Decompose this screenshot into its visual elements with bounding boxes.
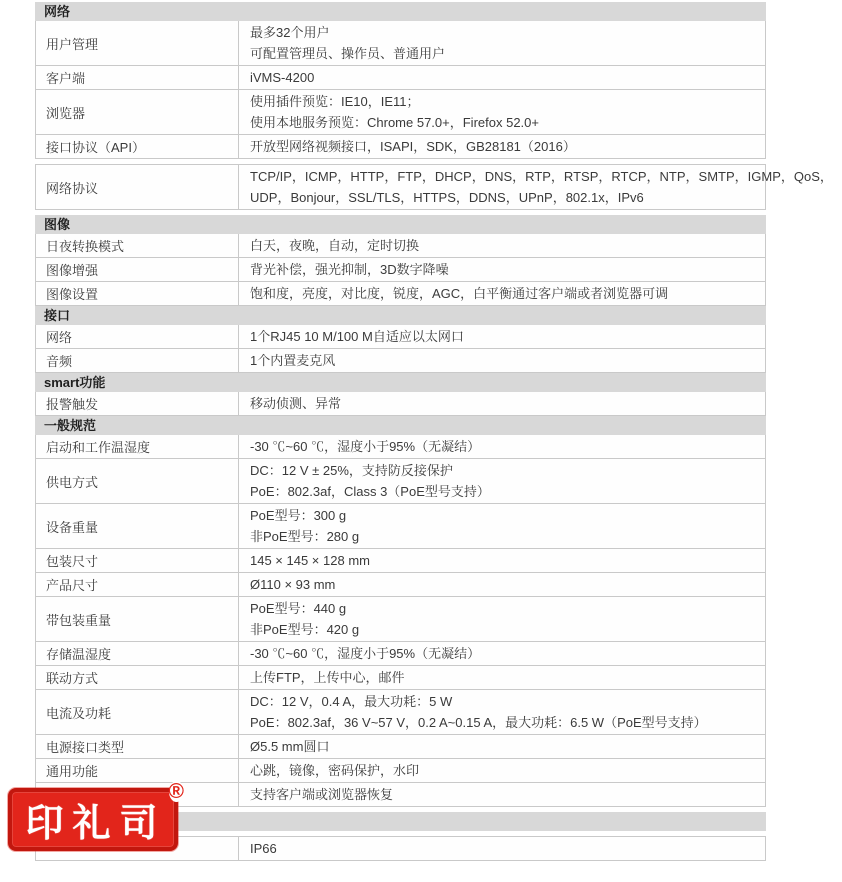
spec-value-line: DC：12 V ± 25%，支持防反接保护 bbox=[250, 460, 754, 481]
section-header-row: 接口 bbox=[35, 306, 766, 325]
spec-label: 通用功能 bbox=[36, 759, 239, 782]
section-header-row: 图像 bbox=[35, 215, 766, 234]
spec-row: 联动方式上传FTP，上传中心，邮件 bbox=[35, 666, 766, 690]
spec-value-line: iVMS-4200 bbox=[250, 67, 754, 88]
spec-value: Ø5.5 mm圆口 bbox=[239, 735, 765, 758]
spec-row: 电源接口类型Ø5.5 mm圆口 bbox=[35, 735, 766, 759]
spec-value-line: -30 ℃~60 ℃，湿度小于95%（无凝结） bbox=[250, 643, 754, 664]
spec-label: 供电方式 bbox=[36, 459, 239, 503]
spec-value-line: 移动侦测、异常 bbox=[250, 393, 754, 414]
spec-value-line: 使用插件预览：IE10，IE11； bbox=[250, 91, 754, 112]
spec-label: 产品尺寸 bbox=[36, 573, 239, 596]
registered-trademark-icon: ® bbox=[169, 781, 184, 802]
spec-value: -30 ℃~60 ℃，湿度小于95%（无凝结） bbox=[239, 642, 765, 665]
section-title: 一般规范 bbox=[44, 418, 96, 433]
spec-label: 报警触发 bbox=[36, 392, 239, 415]
spec-label: 接口协议（API） bbox=[36, 135, 239, 158]
spec-label: 电流及功耗 bbox=[36, 690, 239, 734]
spec-label: 网络 bbox=[36, 325, 239, 348]
spec-row: 日夜转换模式白天，夜晚，自动，定时切换 bbox=[35, 234, 766, 258]
spec-label: 图像增强 bbox=[36, 258, 239, 281]
spec-label: 客户端 bbox=[36, 66, 239, 89]
spec-value: PoE型号：440 g非PoE型号：420 g bbox=[239, 597, 765, 641]
spec-value: 移动侦测、异常 bbox=[239, 392, 765, 415]
spec-value-line: PoE：802.3af，Class 3（PoE型号支持） bbox=[250, 481, 754, 502]
spec-row: 音频1个内置麦克风 bbox=[35, 349, 766, 373]
section-header-row: 网络 bbox=[35, 2, 766, 21]
spec-row: 接口协议（API）开放型网络视频接口，ISAPI，SDK，GB28181（201… bbox=[35, 135, 766, 159]
spec-value-line: 背光补偿，强光抑制，3D数字降噪 bbox=[250, 259, 754, 280]
spec-row: 网络1个RJ45 10 M/100 M自适应以太网口 bbox=[35, 325, 766, 349]
spec-label: 日夜转换模式 bbox=[36, 234, 239, 257]
spec-value-line: PoE：802.3af，36 V~57 V，0.2 A~0.15 A，最大功耗：… bbox=[250, 712, 754, 733]
spec-label: 联动方式 bbox=[36, 666, 239, 689]
spec-value-line: 使用本地服务预览：Chrome 57.0+，Firefox 52.0+ bbox=[250, 112, 754, 133]
spec-label: 浏览器 bbox=[36, 90, 239, 134]
spec-value: 开放型网络视频接口，ISAPI，SDK，GB28181（2016） bbox=[239, 135, 765, 158]
spec-row: 图像增强背光补偿，强光抑制，3D数字降噪 bbox=[35, 258, 766, 282]
spec-value-line: 上传FTP，上传中心，邮件 bbox=[250, 667, 754, 688]
section-header-row: smart功能 bbox=[35, 373, 766, 392]
spec-value-line: 可配置管理员、操作员、普通用户 bbox=[250, 43, 754, 64]
spec-label: 存储温湿度 bbox=[36, 642, 239, 665]
section-title: smart功能 bbox=[44, 375, 105, 390]
section-title: 接口 bbox=[44, 308, 70, 323]
spec-value-line: 支持客户端或浏览器恢复 bbox=[250, 784, 754, 805]
spec-value-line: TCP/IP，ICMP，HTTP，FTP，DHCP，DNS，RTP，RTSP，R… bbox=[250, 166, 833, 187]
spec-value-line: 1个内置麦克风 bbox=[250, 350, 754, 371]
spec-value-line: PoE型号：300 g bbox=[250, 505, 754, 526]
spec-row: 浏览器使用插件预览：IE10，IE11；使用本地服务预览：Chrome 57.0… bbox=[35, 90, 766, 135]
stamp-text: 印礼司 bbox=[19, 792, 166, 847]
spec-value: DC：12 V ± 25%，支持防反接保护PoE：802.3af，Class 3… bbox=[239, 459, 765, 503]
spec-value-line: 145 × 145 × 128 mm bbox=[250, 550, 754, 571]
spec-value: 1个内置麦克风 bbox=[239, 349, 765, 372]
spec-row: 图像设置饱和度，亮度，对比度，锐度，AGC，白平衡通过客户端或者浏览器可调 bbox=[35, 282, 766, 306]
spec-row: 客户端iVMS-4200 bbox=[35, 66, 766, 90]
spec-value-line: Ø110 × 93 mm bbox=[250, 574, 754, 595]
section-title: 图像 bbox=[44, 217, 70, 232]
spec-value: 1个RJ45 10 M/100 M自适应以太网口 bbox=[239, 325, 765, 348]
spec-row: 通用功能心跳，镜像，密码保护，水印 bbox=[35, 759, 766, 783]
document-page: 网络用户管理最多32个用户可配置管理员、操作员、普通用户客户端iVMS-4200… bbox=[0, 0, 842, 882]
spec-value-line: 饱和度，亮度，对比度，锐度，AGC，白平衡通过客户端或者浏览器可调 bbox=[250, 283, 754, 304]
spec-value: DC：12 V，0.4 A，最大功耗：5 WPoE：802.3af，36 V~5… bbox=[239, 690, 765, 734]
spec-label: 启动和工作温湿度 bbox=[36, 435, 239, 458]
spec-row: 包装尺寸145 × 145 × 128 mm bbox=[35, 549, 766, 573]
spec-value-line: Ø5.5 mm圆口 bbox=[250, 736, 754, 757]
spec-label: 用户管理 bbox=[36, 21, 239, 65]
spec-value: PoE型号：300 g非PoE型号：280 g bbox=[239, 504, 765, 548]
spec-value: IP66 bbox=[239, 837, 765, 860]
spec-value: Ø110 × 93 mm bbox=[239, 573, 765, 596]
spec-value: 使用插件预览：IE10，IE11；使用本地服务预览：Chrome 57.0+，F… bbox=[239, 90, 765, 134]
spec-table: 网络用户管理最多32个用户可配置管理员、操作员、普通用户客户端iVMS-4200… bbox=[35, 2, 766, 861]
spec-label: 电源接口类型 bbox=[36, 735, 239, 758]
spec-value-line: 最多32个用户 bbox=[250, 22, 754, 43]
spec-value-line: 开放型网络视频接口，ISAPI，SDK，GB28181（2016） bbox=[250, 136, 754, 157]
spec-value: 饱和度，亮度，对比度，锐度，AGC，白平衡通过客户端或者浏览器可调 bbox=[239, 282, 765, 305]
spec-value-line: DC：12 V，0.4 A，最大功耗：5 W bbox=[250, 691, 754, 712]
spec-row: 存储温湿度-30 ℃~60 ℃，湿度小于95%（无凝结） bbox=[35, 642, 766, 666]
spec-value-line: -30 ℃~60 ℃，湿度小于95%（无凝结） bbox=[250, 436, 754, 457]
spec-value-line: 非PoE型号：420 g bbox=[250, 619, 754, 640]
spec-row: 启动和工作温湿度-30 ℃~60 ℃，湿度小于95%（无凝结） bbox=[35, 435, 766, 459]
spec-value: iVMS-4200 bbox=[239, 66, 765, 89]
spec-value-line: PoE型号：440 g bbox=[250, 598, 754, 619]
spec-value: 心跳，镜像，密码保护，水印 bbox=[239, 759, 765, 782]
spec-row: 报警触发移动侦测、异常 bbox=[35, 392, 766, 416]
spec-label: 带包装重量 bbox=[36, 597, 239, 641]
spec-value-line: 1个RJ45 10 M/100 M自适应以太网口 bbox=[250, 326, 754, 347]
company-seal-stamp: 印礼司 ® bbox=[8, 788, 178, 851]
spec-value-line: 非PoE型号：280 g bbox=[250, 526, 754, 547]
spec-value: 最多32个用户可配置管理员、操作员、普通用户 bbox=[239, 21, 765, 65]
spec-row: 设备重量PoE型号：300 g非PoE型号：280 g bbox=[35, 504, 766, 549]
spec-label: 网络协议 bbox=[36, 165, 239, 209]
section-title: 网络 bbox=[44, 4, 70, 19]
spec-value: 支持客户端或浏览器恢复 bbox=[239, 783, 765, 806]
spec-value-line: IP66 bbox=[250, 838, 754, 859]
spec-value-line: UDP，Bonjour，SSL/TLS，HTTPS，DDNS，UPnP，802.… bbox=[250, 187, 833, 208]
spec-value: 白天，夜晚，自动，定时切换 bbox=[239, 234, 765, 257]
spec-row: 带包装重量PoE型号：440 g非PoE型号：420 g bbox=[35, 597, 766, 642]
spec-value: 背光补偿，强光抑制，3D数字降噪 bbox=[239, 258, 765, 281]
spec-label: 图像设置 bbox=[36, 282, 239, 305]
spec-row: 电流及功耗DC：12 V，0.4 A，最大功耗：5 WPoE：802.3af，3… bbox=[35, 690, 766, 735]
spec-label: 设备重量 bbox=[36, 504, 239, 548]
spec-value-line: 心跳，镜像，密码保护，水印 bbox=[250, 760, 754, 781]
spec-row: 产品尺寸Ø110 × 93 mm bbox=[35, 573, 766, 597]
spec-value: 上传FTP，上传中心，邮件 bbox=[239, 666, 765, 689]
spec-row: 用户管理最多32个用户可配置管理员、操作员、普通用户 bbox=[35, 21, 766, 66]
section-header-row: 一般规范 bbox=[35, 416, 766, 435]
spec-value: TCP/IP，ICMP，HTTP，FTP，DHCP，DNS，RTP，RTSP，R… bbox=[239, 165, 842, 209]
spec-label: 包装尺寸 bbox=[36, 549, 239, 572]
spec-row: 供电方式DC：12 V ± 25%，支持防反接保护PoE：802.3af，Cla… bbox=[35, 459, 766, 504]
spec-value-line: 白天，夜晚，自动，定时切换 bbox=[250, 235, 754, 256]
spec-value: 145 × 145 × 128 mm bbox=[239, 549, 765, 572]
spec-value: -30 ℃~60 ℃，湿度小于95%（无凝结） bbox=[239, 435, 765, 458]
spec-label: 音频 bbox=[36, 349, 239, 372]
spec-row: 网络协议TCP/IP，ICMP，HTTP，FTP，DHCP，DNS，RTP，RT… bbox=[35, 164, 766, 210]
